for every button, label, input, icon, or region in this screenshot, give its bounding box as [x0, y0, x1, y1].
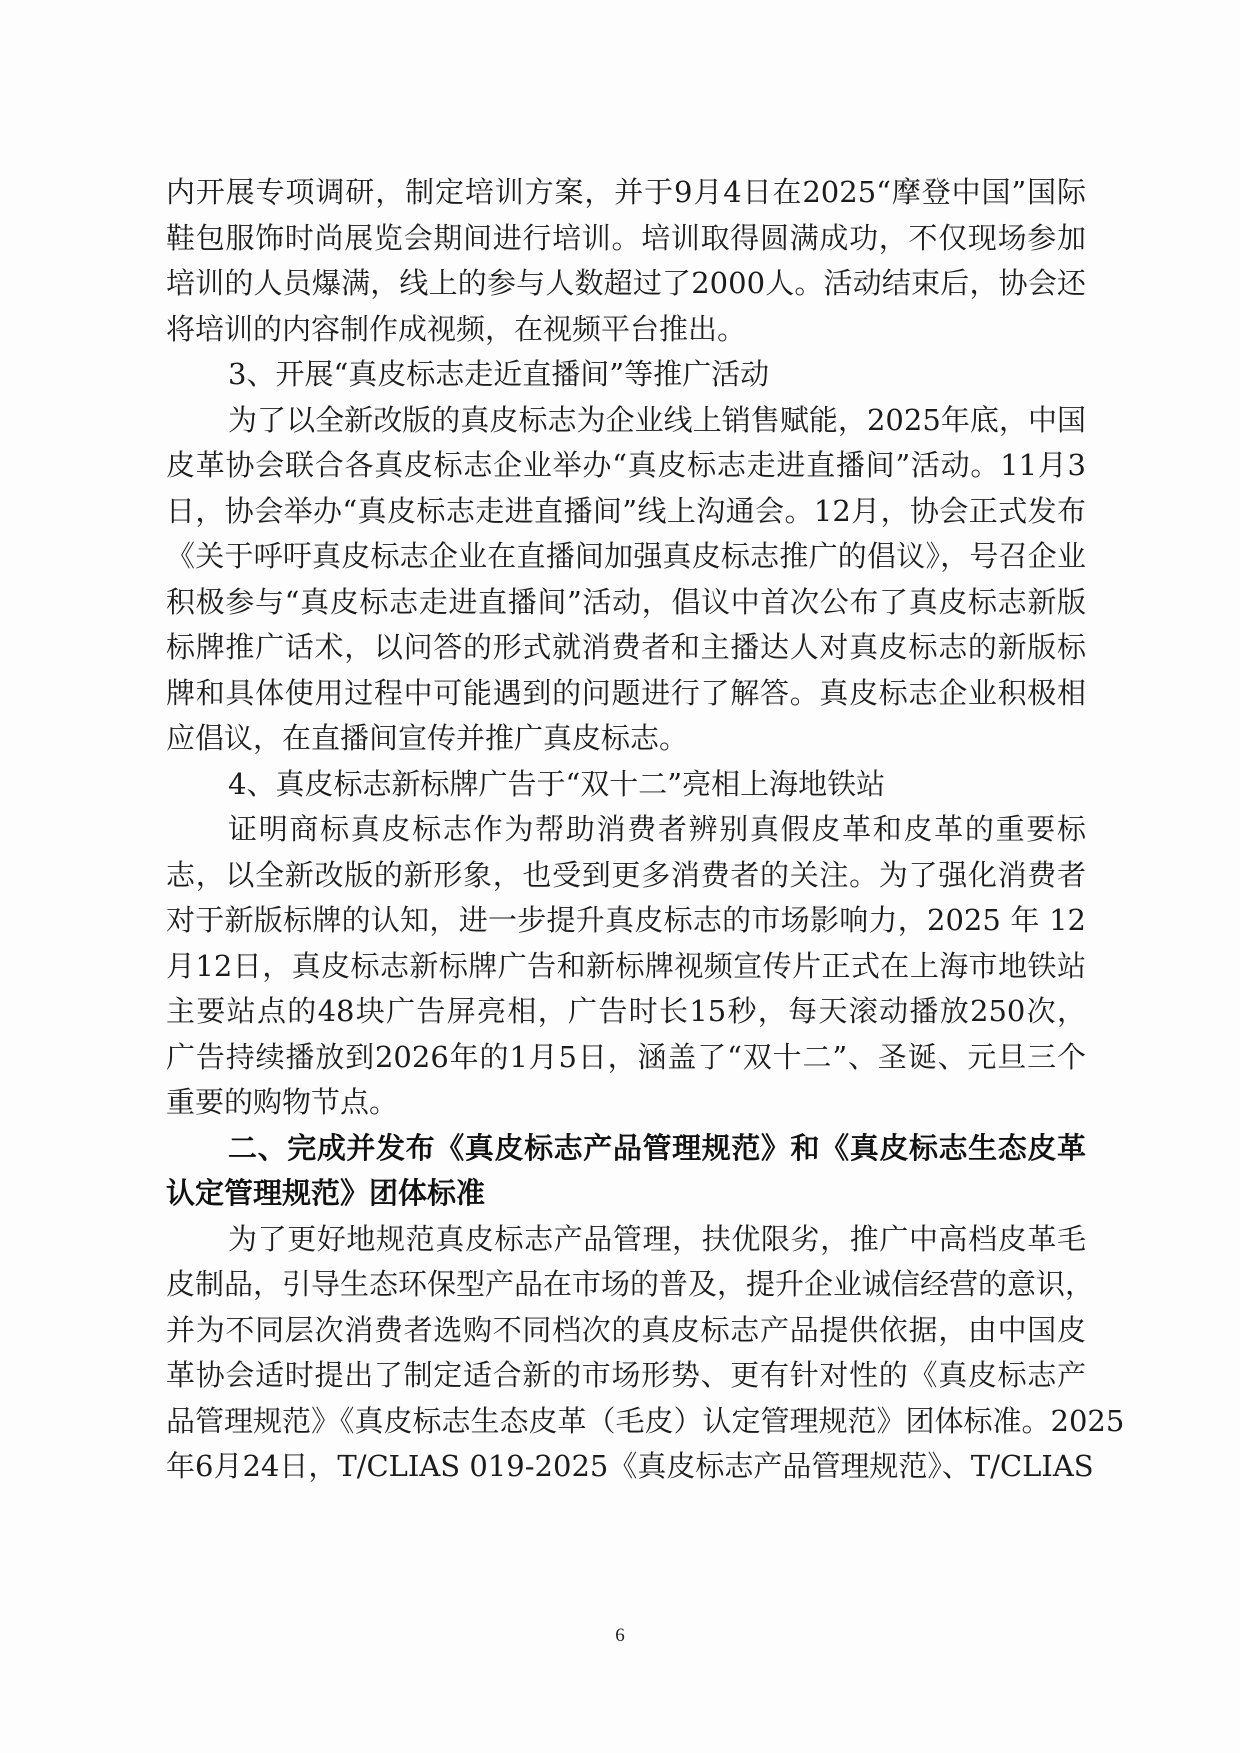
text-line: 证明商标真皮标志作为帮助消费者辨别真假皮革和皮革的重要标 — [166, 807, 1086, 853]
section-heading-standards: 二、完成并发布《真皮标志产品管理规范》和《真皮标志生态皮革 认定管理规范》团体标… — [166, 1126, 1086, 1217]
document-body: 内开展专项调研，制定培训方案，并于9月4日在2025“摩登中国”国际 鞋包服饰时… — [166, 170, 1086, 1490]
text-line: 广告持续播放到2026年的1月5日，涵盖了“双十二”、圣诞、元旦三个 — [166, 1035, 1086, 1081]
text-line: 牌和具体使用过程中可能遇到的问题进行了解答。真皮标志企业积极相 — [166, 671, 1086, 717]
text-line: 皮革协会联合各真皮标志企业举办“真皮标志走进直播间”活动。11月3 — [166, 443, 1086, 489]
text-line: 年6月24日，T/CLIAS 019-2025《真皮标志产品管理规范》、T/CL… — [166, 1444, 1086, 1490]
text-line: 重要的购物节点。 — [166, 1080, 1086, 1126]
text-line: 日，协会举办“真皮标志走进直播间”线上沟通会。12月，协会正式发布 — [166, 489, 1086, 535]
page-number: 6 — [0, 1625, 1240, 1647]
text-line: 《关于呼吁真皮标志企业在直播间加强真皮标志推广的倡议》，号召企业 — [166, 534, 1086, 580]
text-line: 对于新版标牌的认知，进一步提升真皮标志的市场影响力，2025 年 12 — [166, 898, 1086, 944]
text-line: 标牌推广话术，以问答的形式就消费者和主播达人对真皮标志的新版标 — [166, 625, 1086, 671]
document-page: 内开展专项调研，制定培训方案，并于9月4日在2025“摩登中国”国际 鞋包服饰时… — [0, 0, 1240, 1753]
subheading-livestream-promotion: 3、开展“真皮标志走近直播间”等推广活动 — [166, 352, 1086, 398]
text-line: 并为不同层次消费者选购不同档次的真皮标志产品提供依据，由中国皮 — [166, 1308, 1086, 1354]
text-line: 志，以全新改版的新形象，也受到更多消费者的关注。为了强化消费者 — [166, 853, 1086, 899]
text-line: 主要站点的48块广告屏亮相，广告时长15秒，每天滚动播放250次， — [166, 989, 1086, 1035]
text-line: 为了以全新改版的真皮标志为企业线上销售赋能，2025年底，中国 — [166, 398, 1086, 444]
text-line: 为了更好地规范真皮标志产品管理，扶优限劣，推广中高档皮革毛 — [166, 1217, 1086, 1263]
text-line: 月12日，真皮标志新标牌广告和新标牌视频宣传片正式在上海市地铁站 — [166, 944, 1086, 990]
text-line: 内开展专项调研，制定培训方案，并于9月4日在2025“摩登中国”国际 — [166, 170, 1086, 216]
subheading-shanghai-metro-ads: 4、真皮标志新标牌广告于“双十二”亮相上海地铁站 — [166, 762, 1086, 808]
text-line: 鞋包服饰时尚展览会期间进行培训。培训取得圆满成功，不仅现场参加 — [166, 216, 1086, 262]
text-line: 将培训的内容制作成视频，在视频平台推出。 — [166, 307, 1086, 353]
text-line: 积极参与“真皮标志走进直播间”活动，倡议中首次公布了真皮标志新版 — [166, 580, 1086, 626]
text-line: 品管理规范》《真皮标志生态皮革（毛皮）认定管理规范》团体标准。2025 — [166, 1399, 1086, 1445]
text-line: 皮制品，引导生态环保型产品在市场的普及，提升企业诚信经营的意识， — [166, 1262, 1086, 1308]
paragraph-metro-ads: 证明商标真皮标志作为帮助消费者辨别真假皮革和皮革的重要标 志，以全新改版的新形象… — [166, 807, 1086, 1126]
text-line: 应倡议，在直播间宣传并推广真皮标志。 — [166, 716, 1086, 762]
paragraph-training-continuation: 内开展专项调研，制定培训方案，并于9月4日在2025“摩登中国”国际 鞋包服饰时… — [166, 170, 1086, 352]
text-line: 革协会适时提出了制定适合新的市场形势、更有针对性的《真皮标志产 — [166, 1353, 1086, 1399]
text-line: 培训的人员爆满，线上的参与人数超过了2000人。活动结束后，协会还 — [166, 261, 1086, 307]
paragraph-livestream-activity: 为了以全新改版的真皮标志为企业线上销售赋能，2025年底，中国 皮革协会联合各真… — [166, 398, 1086, 762]
paragraph-standards: 为了更好地规范真皮标志产品管理，扶优限劣，推广中高档皮革毛 皮制品，引导生态环保… — [166, 1217, 1086, 1490]
section-heading-text: 认定管理规范》团体标准 — [166, 1171, 1086, 1217]
section-heading-text: 二、完成并发布《真皮标志产品管理规范》和《真皮标志生态皮革 — [166, 1126, 1086, 1172]
subheading-text: 4、真皮标志新标牌广告于“双十二”亮相上海地铁站 — [166, 762, 1086, 808]
subheading-text: 3、开展“真皮标志走近直播间”等推广活动 — [166, 352, 1086, 398]
